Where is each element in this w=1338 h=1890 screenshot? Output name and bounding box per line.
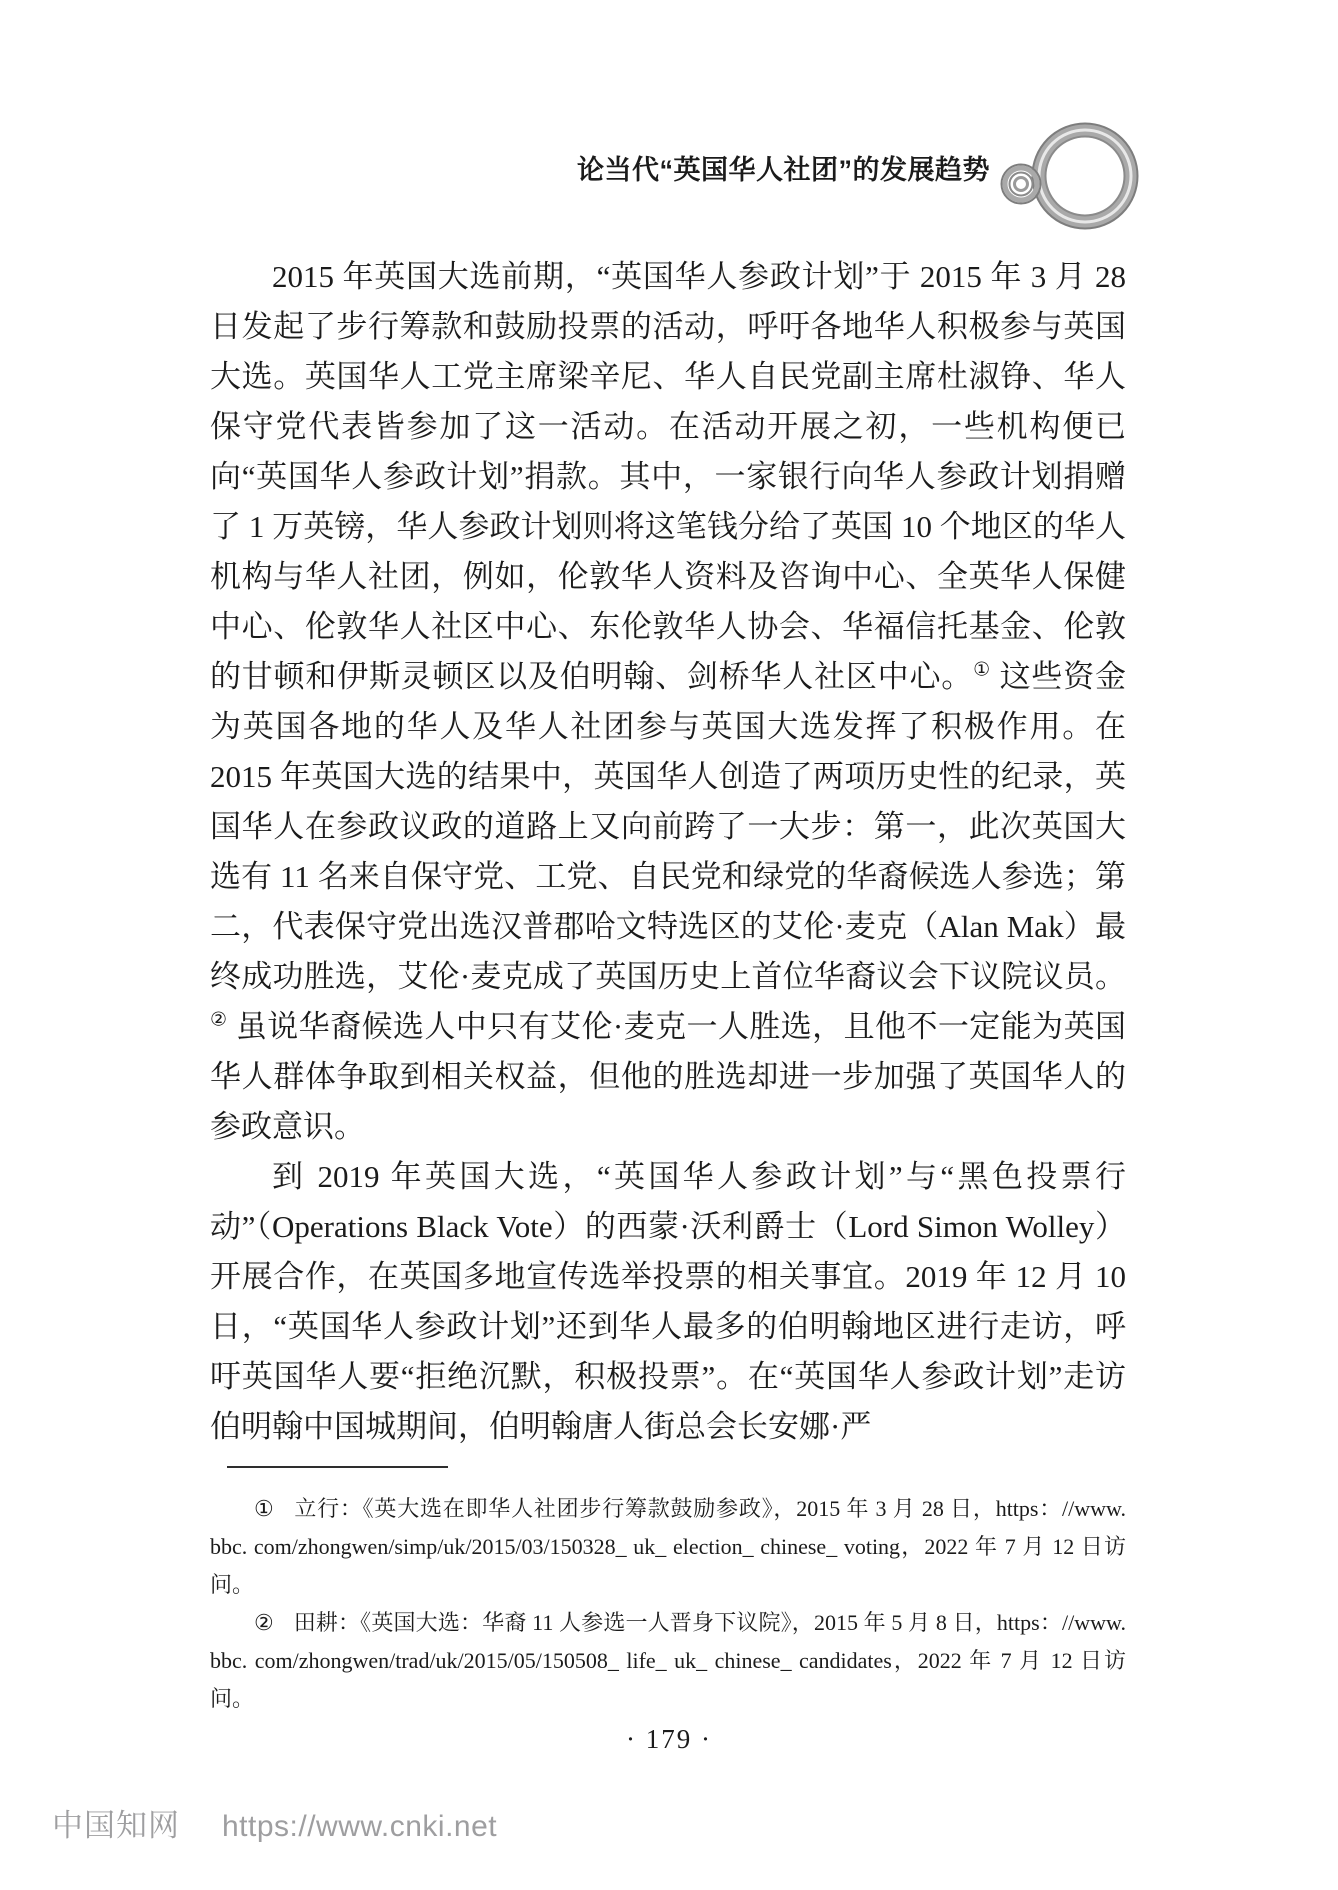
footnote-text: 立行：《英大选在即华人社团步行筹款鼓励参政》，2015 年 3 月 28 日，h… <box>210 1496 1126 1597</box>
cnki-brand: 中国知网 <box>52 1800 180 1845</box>
rings-ornament-icon <box>995 118 1145 238</box>
footnote-ref: ② <box>210 1010 228 1031</box>
cnki-url: https://www.cnki.net <box>222 1810 497 1844</box>
footnote-text: 田耕：《英国大选：华裔 11 人参选一人晋身下议院》，2015 年 5 月 8 … <box>210 1610 1126 1711</box>
footnote: ②田耕：《英国大选：华裔 11 人参选一人晋身下议院》，2015 年 5 月 8… <box>210 1604 1126 1718</box>
running-title: 论当代“英国华人社团”的发展趋势 <box>577 148 990 187</box>
document-page: 论当代“英国华人社团”的发展趋势 2015 年英国大选前期，“英国华人参政计划”… <box>0 0 1338 1890</box>
footnote: ①立行：《英大选在即华人社团步行筹款鼓励参政》，2015 年 3 月 28 日，… <box>210 1490 1126 1604</box>
paragraph: 2015 年英国大选前期，“英国华人参政计划”于 2015 年 3 月 28 日… <box>210 252 1126 1152</box>
page-number: · 179 · <box>0 1724 1338 1755</box>
footnotes: ①立行：《英大选在即华人社团步行筹款鼓励参政》，2015 年 3 月 28 日，… <box>210 1490 1126 1718</box>
footnote-marker: ② <box>254 1610 274 1635</box>
footnote-marker: ① <box>254 1496 275 1521</box>
paragraph: 到 2019 年英国大选，“英国华人参政计划”与“黑色投票行动”（Operati… <box>210 1152 1126 1452</box>
body-text: 2015 年英国大选前期，“英国华人参政计划”于 2015 年 3 月 28 日… <box>210 252 1126 1452</box>
cnki-watermark: 中国知网 https://www.cnki.net <box>52 1800 497 1845</box>
footnote-ref: ① <box>973 660 991 681</box>
footnote-divider <box>227 1466 448 1468</box>
